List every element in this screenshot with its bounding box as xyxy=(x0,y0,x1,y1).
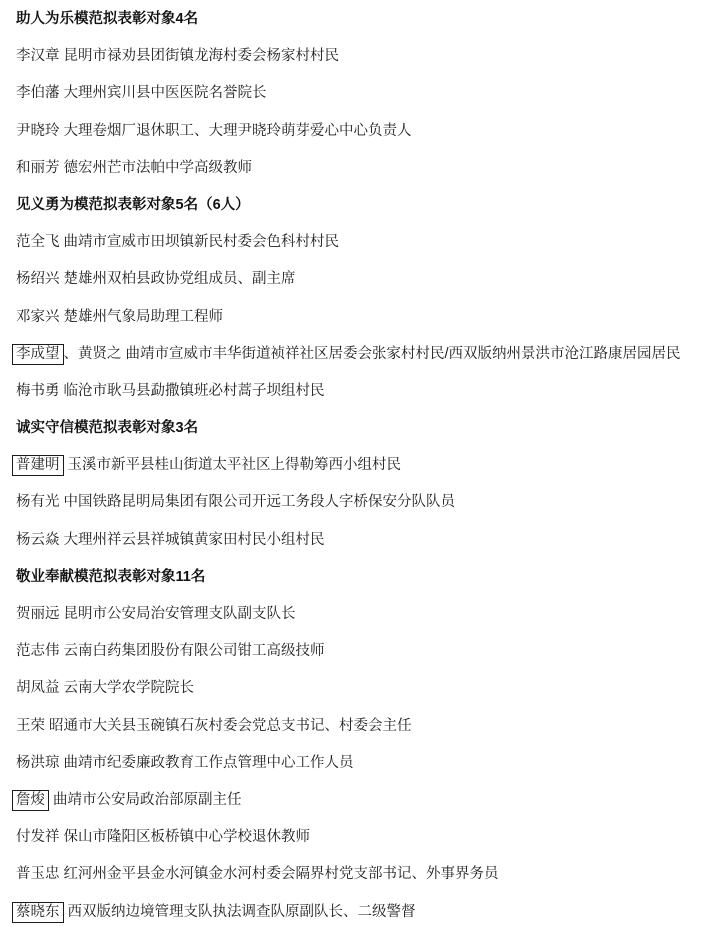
person-title: 保山市隆阳区板桥镇中心学校退休教师 xyxy=(60,829,311,845)
person-name: 和丽芳 xyxy=(16,160,60,176)
person-name: 杨云焱 xyxy=(16,532,60,548)
person-name: 杨有光 xyxy=(16,494,60,510)
entry-line: 和丽芳 德宏州芒市法帕中学高级教师 xyxy=(16,159,696,178)
person-title: 大理卷烟厂退休职工、大理尹晓玲萌芽爱心中心负责人 xyxy=(60,123,412,139)
person-title: 西双版纳边境管理支队执法调查队原副队长、二级警督 xyxy=(64,904,416,920)
section-heading: 见义勇为模范拟表彰对象5名（6人） xyxy=(16,196,696,215)
entry-line: 付发祥 保山市隆阳区板桥镇中心学校退休教师 xyxy=(16,828,696,847)
person-name: 胡凤益 xyxy=(16,680,60,696)
person-name: 梅书勇 xyxy=(16,383,60,399)
person-title: 曲靖市纪委廉政教育工作点管理中心工作人员 xyxy=(60,755,354,771)
entry-line: 王荣 昭通市大关县玉碗镇石灰村委会党总支书记、村委会主任 xyxy=(16,717,696,736)
person-name: 王荣 xyxy=(16,718,45,734)
entry-line: 杨洪琼 曲靖市纪委廉政教育工作点管理中心工作人员 xyxy=(16,754,696,773)
person-title: 玉溪市新平县桂山街道太平社区上得勒筹西小组村民 xyxy=(64,457,402,473)
person-name: 蔡晓东 xyxy=(12,902,64,923)
person-title: 曲靖市宣威市田坝镇新民村委会色科村村民 xyxy=(60,234,340,250)
person-title: 昭通市大关县玉碗镇石灰村委会党总支书记、村委会主任 xyxy=(45,718,412,734)
person-title: 大理州宾川县中医医院名誉院长 xyxy=(60,85,267,101)
person-title: 临沧市耿马县勐撒镇班必村蒿子坝组村民 xyxy=(60,383,325,399)
person-title: 云南大学农学院院长 xyxy=(60,680,195,696)
entry-line: 贺丽远 昆明市公安局治安管理支队副支队长 xyxy=(16,605,696,624)
person-name: 李伯藩 xyxy=(16,85,60,101)
entry-line: 李成望、黄贤之 曲靖市宣威市丰华街道祯祥社区居委会张家村村民/西双版纳州景洪市沧… xyxy=(16,345,696,364)
entry-line: 梅书勇 临沧市耿马县勐撒镇班必村蒿子坝组村民 xyxy=(16,382,696,401)
entry-line: 杨云焱 大理州祥云县祥城镇黄家田村民小组村民 xyxy=(16,531,696,550)
entry-line: 普玉忠 红河州金平县金水河镇金水河村委会隔界村党支部书记、外事界务员 xyxy=(16,865,696,884)
person-title: 楚雄州气象局助理工程师 xyxy=(60,309,224,325)
entry-line: 蔡晓东 西双版纳边境管理支队执法调查队原副队长、二级警督 xyxy=(16,903,696,922)
person-title: 昆明市公安局治安管理支队副支队长 xyxy=(60,606,296,622)
person-title: 曲靖市宣威市丰华街道祯祥社区居委会张家村村民/西双版纳州景洪市沧江路康居园居民 xyxy=(122,346,681,362)
person-title: 德宏州芒市法帕中学高级教师 xyxy=(60,160,253,176)
person-name: 范全飞 xyxy=(16,234,60,250)
person-name: 尹晓玲 xyxy=(16,123,60,139)
person-name: 李汉章 xyxy=(16,48,60,64)
entry-line: 李汉章 昆明市禄劝县团街镇龙海村委会杨家村村民 xyxy=(16,47,696,66)
person-name: 杨绍兴 xyxy=(16,271,60,287)
person-title: 曲靖市公安局政治部原副主任 xyxy=(49,792,242,808)
person-title: 昆明市禄劝县团街镇龙海村委会杨家村村民 xyxy=(60,48,340,64)
person-name: 詹焌 xyxy=(12,790,49,811)
person-title: 楚雄州双柏县政协党组成员、副主席 xyxy=(60,271,296,287)
co-person-name: 、黄贤之 xyxy=(64,346,122,362)
entry-line: 邓家兴 楚雄州气象局助理工程师 xyxy=(16,308,696,327)
entry-line: 范志伟 云南白药集团股份有限公司钳工高级技师 xyxy=(16,642,696,661)
person-title: 中国铁路昆明局集团有限公司开远工务段人字桥保安分队队员 xyxy=(60,494,456,510)
entry-line: 李伯藩 大理州宾川县中医医院名誉院长 xyxy=(16,84,696,103)
entry-line: 杨绍兴 楚雄州双柏县政协党组成员、副主席 xyxy=(16,270,696,289)
entry-line: 詹焌 曲靖市公安局政治部原副主任 xyxy=(16,791,696,810)
entry-line: 范全飞 曲靖市宣威市田坝镇新民村委会色科村村民 xyxy=(16,233,696,252)
document-body: 助人为乐模范拟表彰对象4名 李汉章 昆明市禄劝县团街镇龙海村委会杨家村村民 李伯… xyxy=(0,0,710,927)
entry-line: 杨有光 中国铁路昆明局集团有限公司开远工务段人字桥保安分队队员 xyxy=(16,493,696,512)
person-title: 大理州祥云县祥城镇黄家田村民小组村民 xyxy=(60,532,325,548)
section-heading: 敬业奉献模范拟表彰对象11名 xyxy=(16,568,696,587)
person-name: 贺丽远 xyxy=(16,606,60,622)
person-title: 云南白药集团股份有限公司钳工高级技师 xyxy=(60,643,325,659)
entry-line: 胡凤益 云南大学农学院院长 xyxy=(16,679,696,698)
person-name: 付发祥 xyxy=(16,829,60,845)
person-name: 普建明 xyxy=(12,455,64,476)
person-name: 普玉忠 xyxy=(16,866,60,882)
person-name: 邓家兴 xyxy=(16,309,60,325)
person-title: 红河州金平县金水河镇金水河村委会隔界村党支部书记、外事界务员 xyxy=(60,866,499,882)
entry-line: 普建明 玉溪市新平县桂山街道太平社区上得勒筹西小组村民 xyxy=(16,456,696,475)
entry-line: 尹晓玲 大理卷烟厂退休职工、大理尹晓玲萌芽爱心中心负责人 xyxy=(16,122,696,141)
person-name: 范志伟 xyxy=(16,643,60,659)
section-heading: 诚实守信模范拟表彰对象3名 xyxy=(16,419,696,438)
person-name: 李成望 xyxy=(12,344,64,365)
section-heading: 助人为乐模范拟表彰对象4名 xyxy=(16,10,696,29)
person-name: 杨洪琼 xyxy=(16,755,60,771)
